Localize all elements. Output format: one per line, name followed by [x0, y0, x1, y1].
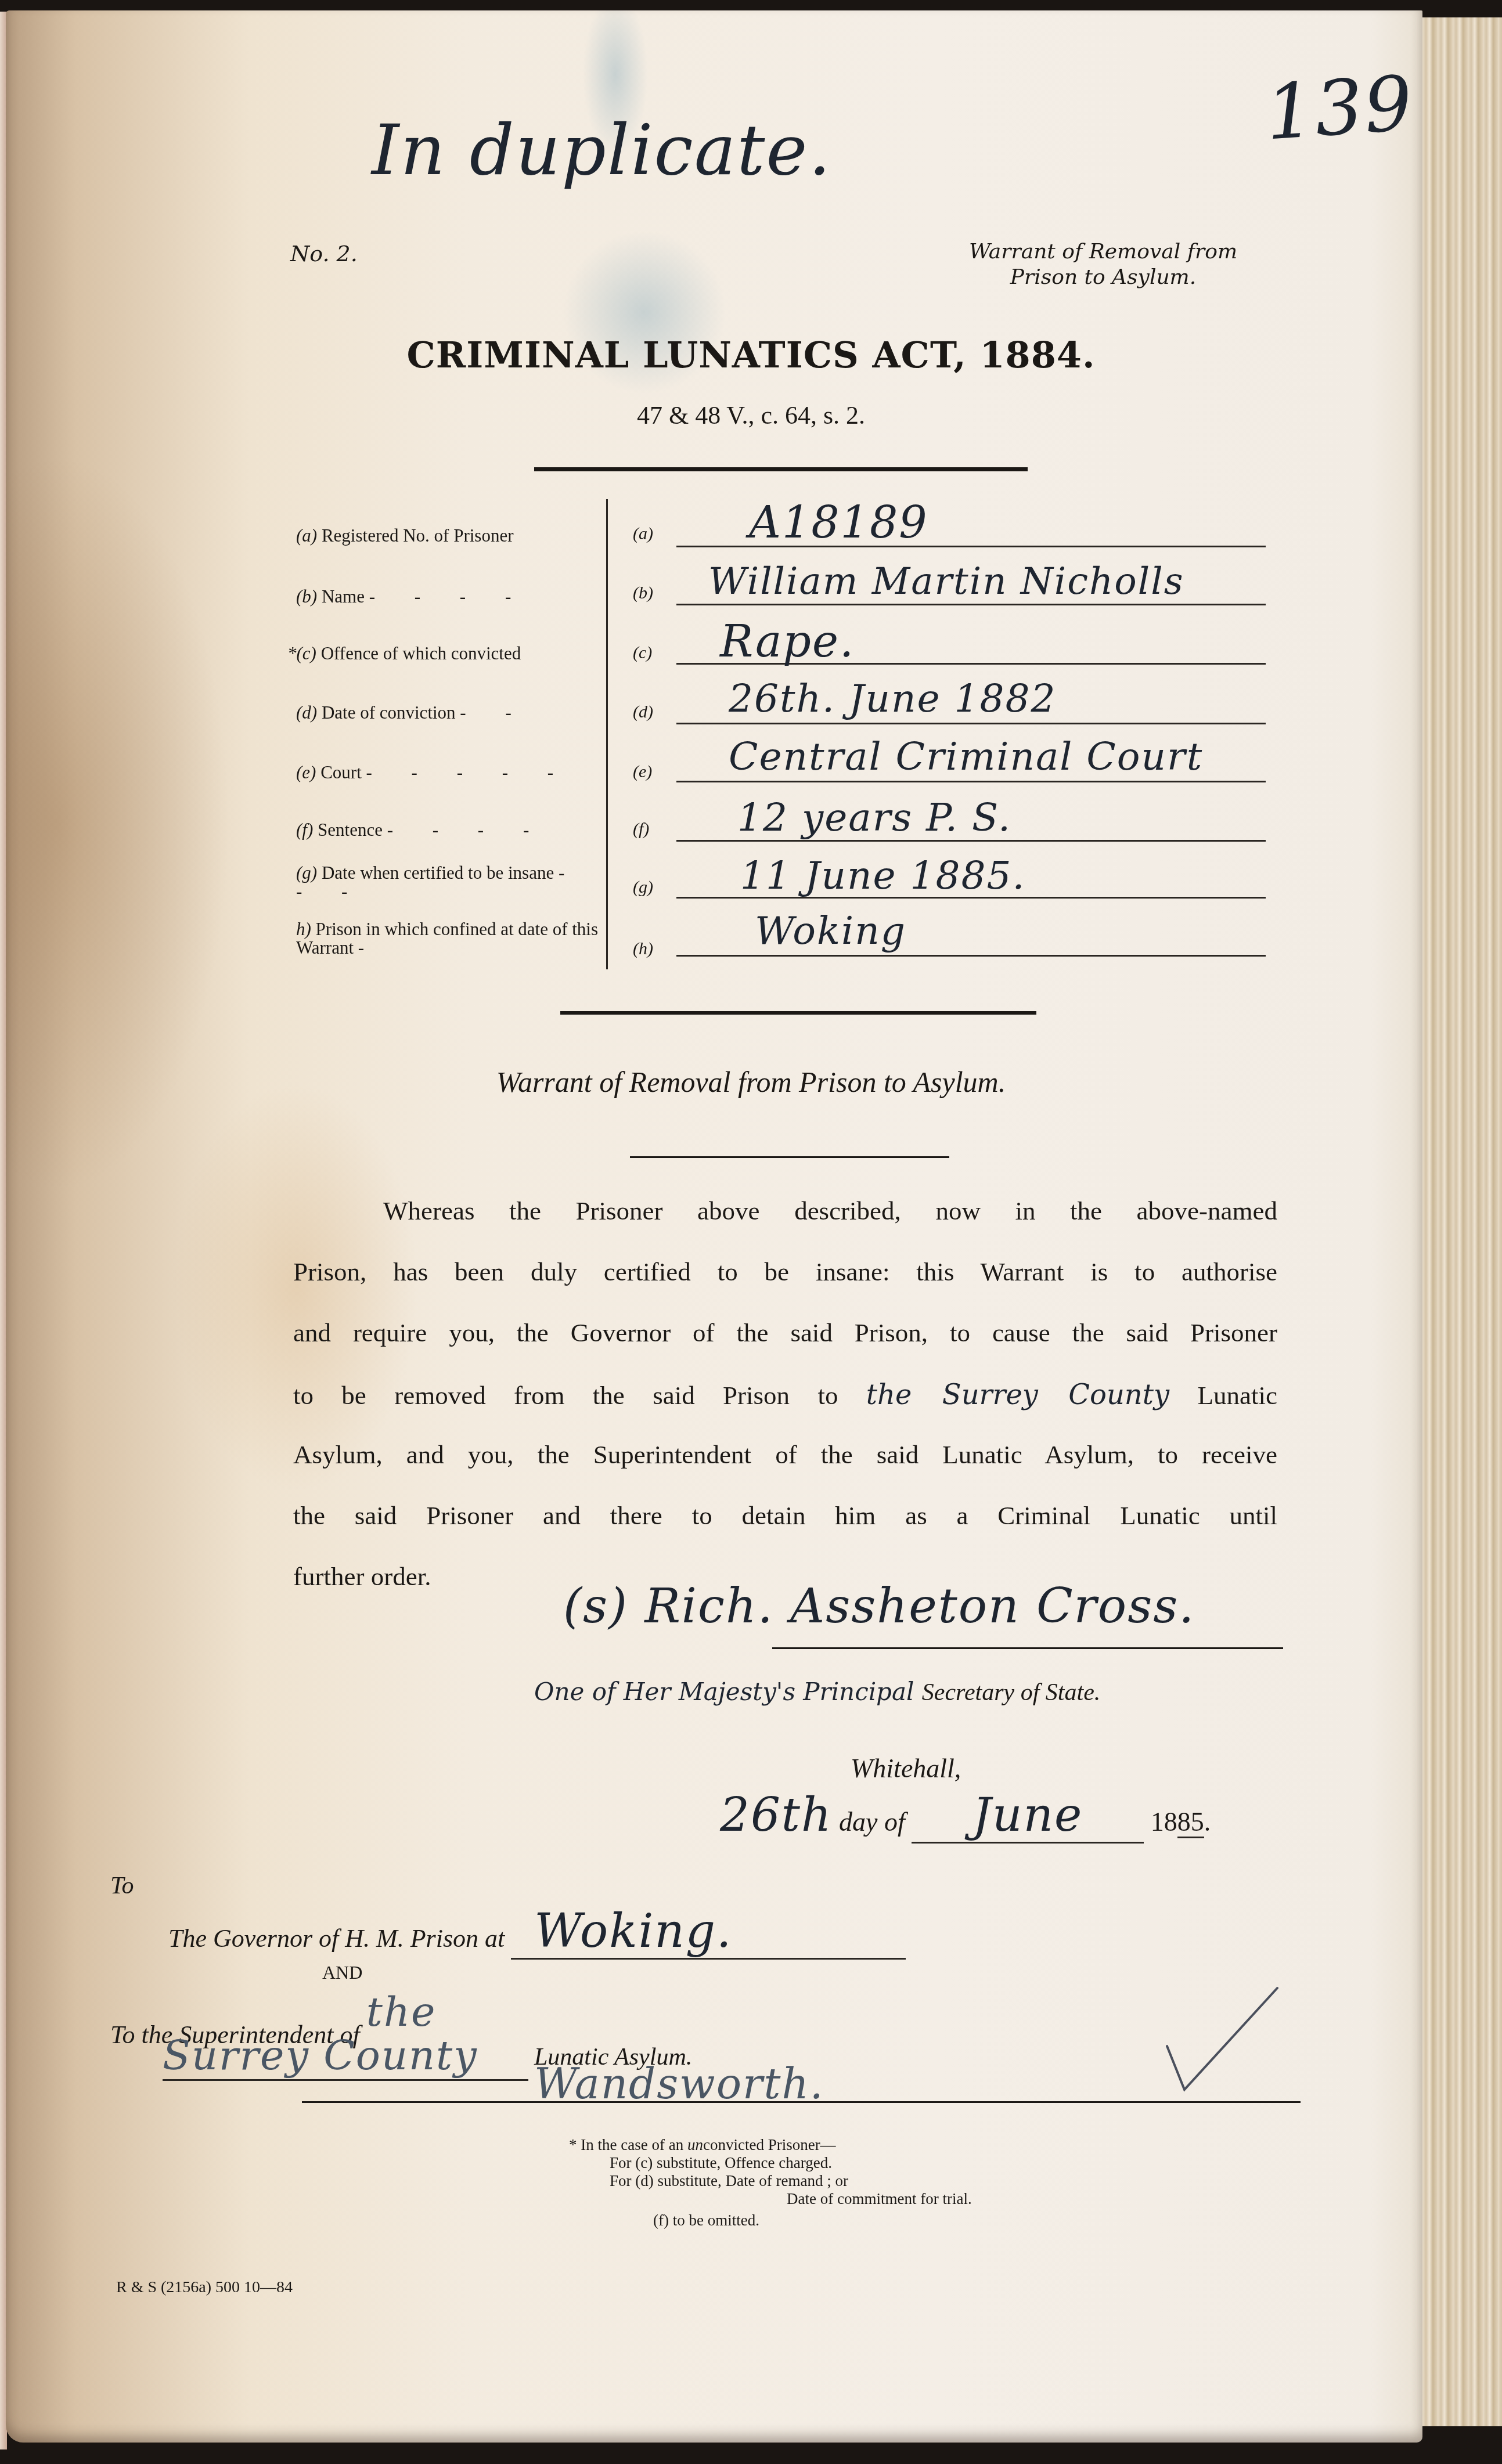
fields-bottom-divider	[560, 1011, 1036, 1015]
warrant-heading: Warrant of Removal from Prison to Asylum…	[0, 1065, 1502, 1099]
governor-line: The Governor of H. M. Prison at Woking.	[168, 1904, 906, 1960]
footnote-line-3: For (d) substitute, Date of remand ; or	[569, 2172, 972, 2190]
superintendent-the: the	[366, 1988, 437, 2036]
value-sentence: 12 years P. S.	[737, 795, 1011, 840]
form-title-right: Warrant of Removal from Prison to Asylum…	[929, 239, 1277, 290]
field-label-date-of-conviction: (d) Date of conviction - -	[296, 702, 598, 723]
value-court: Central Criminal Court	[729, 734, 1203, 779]
warrant-line-5: Asylum, and you, the Superintendent of t…	[293, 1440, 1277, 1470]
field-key-c: (c)	[633, 643, 652, 663]
date-month: June	[912, 1788, 1144, 1844]
asylum-location-value: Wandsworth.	[534, 2059, 824, 2108]
footnote-line-1: * In the case of an unconvicted Prisoner…	[569, 2136, 972, 2154]
checkmark-icon	[1161, 1985, 1301, 2101]
date-year: 85	[1177, 1807, 1204, 1838]
asylum-name-value: Surrey County	[163, 2032, 528, 2081]
fields-column-divider	[606, 499, 608, 969]
signatory-title: One of Her Majesty's Principal Secretary…	[534, 1677, 1100, 1707]
and-label: AND	[322, 1962, 362, 1983]
form-title-line-1: Warrant of Removal from	[929, 239, 1277, 265]
field-line-f	[676, 840, 1266, 842]
warrant-line-1: Whereas the Prisoner above described, no…	[383, 1196, 1277, 1226]
field-label-date-certified: (g) Date when certified to be insane - -…	[296, 864, 598, 901]
title-divider	[534, 467, 1028, 471]
field-line-e	[676, 781, 1266, 782]
warrant-line-2: Prison, has been duly certified to be in…	[293, 1257, 1277, 1287]
warrant-line-4: to be removed from the said Prison to th…	[293, 1379, 1277, 1411]
field-line-d	[676, 723, 1266, 724]
warrant-line-7: further order.	[293, 1561, 431, 1592]
field-line-h	[676, 955, 1266, 957]
asylum-name-inline: the Surrey County	[866, 1379, 1169, 1411]
warrant-line-6: the said Prisoner and there to detain hi…	[293, 1500, 1277, 1531]
signatory-title-print: Secretary of State.	[922, 1679, 1101, 1706]
footnote-line-2: For (c) substitute, Offence charged.	[569, 2154, 972, 2172]
field-key-g: (g)	[633, 878, 653, 897]
footnote: * In the case of an unconvicted Prisoner…	[569, 2136, 972, 2229]
printer-mark: R & S (2156a) 500 10—84	[116, 2278, 293, 2297]
field-key-e: (e)	[633, 762, 652, 782]
field-key-b: (b)	[633, 583, 653, 603]
value-offence: Rape.	[720, 615, 855, 667]
value-date-certified: 11 June 1885.	[740, 853, 1025, 898]
form-number: No. 2.	[290, 241, 358, 266]
value-prison-confined: Woking	[755, 908, 906, 953]
field-key-d: (d)	[633, 702, 653, 722]
to-label: To	[110, 1872, 134, 1900]
governor-prison-value: Woking.	[511, 1904, 906, 1960]
footnote-line-5: (f) to be omitted.	[569, 2212, 972, 2229]
signatory-title-hand: One of Her Majesty's Principal	[534, 1677, 914, 1706]
field-key-f: (f)	[633, 820, 649, 839]
field-label-court: (e) Court - - - - -	[296, 762, 598, 783]
field-label-sentence: (f) Sentence - - - -	[296, 820, 598, 840]
warrant-line-3: and require you, the Governor of the sai…	[293, 1318, 1277, 1348]
field-label-offence: *(c) Offence of which convicted	[287, 643, 589, 664]
field-line-b	[676, 604, 1266, 605]
act-reference: 47 & 48 V., c. 64, s. 2.	[0, 401, 1502, 430]
field-key-h: (h)	[633, 939, 653, 959]
date-line: 26th day of June 1885.	[720, 1788, 1211, 1844]
field-label-prison-confined: h) Prison in which confined at date of t…	[296, 920, 598, 957]
signature-line	[772, 1647, 1283, 1649]
value-name: William Martin Nicholls	[708, 560, 1184, 603]
place-whitehall: Whitehall,	[851, 1753, 961, 1784]
form-title-line-2: Prison to Asylum.	[929, 265, 1277, 290]
value-date-of-conviction: 26th. June 1882	[729, 676, 1056, 721]
footnote-line-4: Date of commitment for trial.	[569, 2190, 972, 2208]
signature: (s) Rich. Assheton Cross.	[563, 1579, 1195, 1634]
heading-underline	[630, 1156, 949, 1158]
act-title: CRIMINAL LUNATICS ACT, 1884.	[0, 334, 1502, 376]
value-registered-no: A18189	[749, 496, 928, 548]
field-label-registered-no: (a) Registered No. of Prisoner	[296, 525, 598, 546]
field-label-name: (b) Name - - - -	[296, 586, 598, 607]
date-day: 26th	[720, 1788, 832, 1842]
page-number: 139	[1263, 59, 1416, 157]
in-duplicate-annotation: In duplicate.	[372, 110, 832, 191]
book-page-edges	[1422, 17, 1502, 2426]
field-key-a: (a)	[633, 524, 653, 544]
